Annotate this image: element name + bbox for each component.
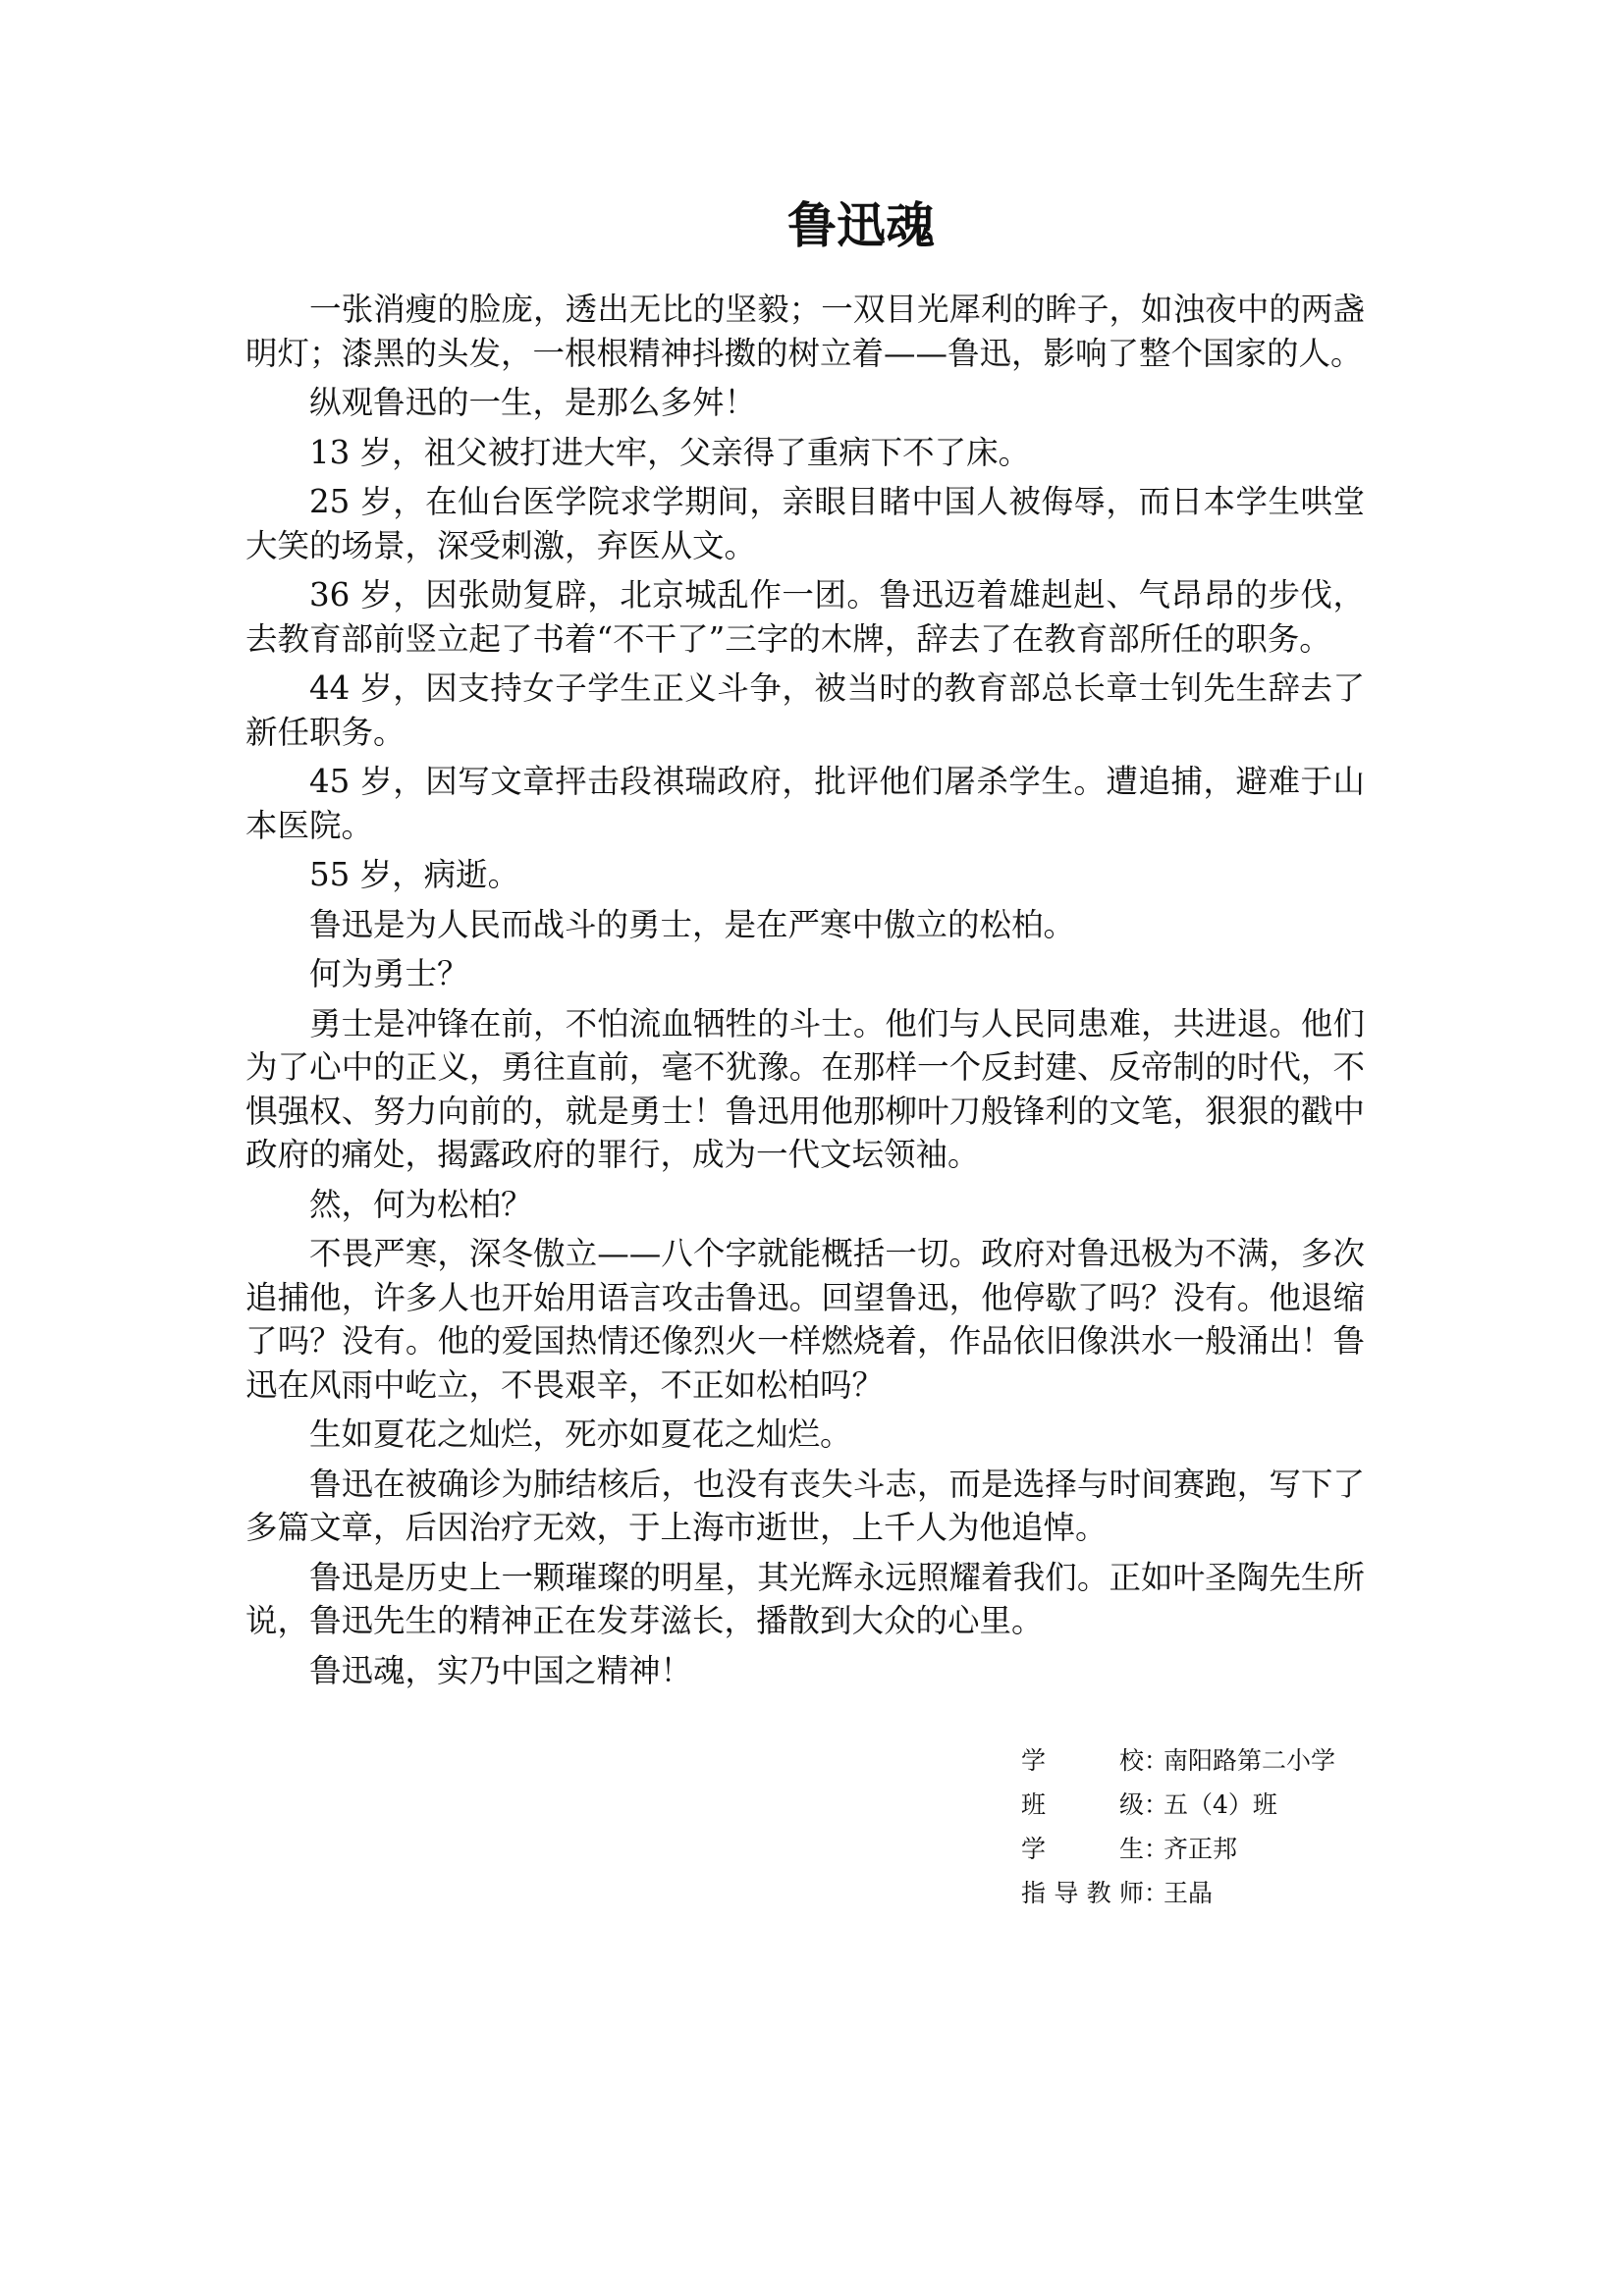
signature-row-student: 学生 ： 齐正邦 xyxy=(1021,1827,1335,1871)
signature-row-school: 学校 ： 南阳路第二小学 xyxy=(1021,1738,1335,1783)
paragraph: 36 岁，因张勋复辟，北京城乱作一团。鲁迅迈着雄赳赳、气昂昂的步伐，去教育部前竖… xyxy=(245,573,1365,661)
paragraph: 一张消瘦的脸庞，透出无比的坚毅；一双目光犀利的眸子，如浊夜中的两盏明灯；漆黑的头… xyxy=(245,288,1365,375)
document-title: 鲁迅魂 xyxy=(0,194,1624,257)
teacher-value: 王晶 xyxy=(1164,1871,1213,1915)
paragraph: 然，何为松柏？ xyxy=(245,1183,1365,1227)
paragraph: 鲁迅是为人民而战斗的勇士，是在严寒中傲立的松柏。 xyxy=(245,903,1365,947)
paragraph: 勇士是冲锋在前，不怕流血牺牲的斗士。他们与人民同患难，共进退。他们为了心中的正义… xyxy=(245,1002,1365,1177)
signature-row-teacher: 指导教师 ： 王晶 xyxy=(1021,1871,1335,1915)
class-label: 班级 xyxy=(1021,1783,1144,1827)
signature-block: 学校 ： 南阳路第二小学 班级 ： 五（4）班 学生 ： 齐正邦 指导教师 ： … xyxy=(1021,1738,1335,1915)
paragraph: 不畏严寒，深冬傲立——八个字就能概括一切。政府对鲁迅极为不满，多次追捕他，许多人… xyxy=(245,1232,1365,1407)
paragraph: 鲁迅是历史上一颗璀璨的明星，其光辉永远照耀着我们。正如叶圣陶先生所说，鲁迅先生的… xyxy=(245,1556,1365,1643)
paragraph: 生如夏花之灿烂，死亦如夏花之灿烂。 xyxy=(245,1413,1365,1457)
essay-body: 一张消瘦的脸庞，透出无比的坚毅；一双目光犀利的眸子，如浊夜中的两盏明灯；漆黑的头… xyxy=(245,288,1365,1698)
paragraph: 纵观鲁迅的一生，是那么多舛！ xyxy=(245,381,1365,425)
document-page: 鲁迅魂 一张消瘦的脸庞，透出无比的坚毅；一双目光犀利的眸子，如浊夜中的两盏明灯；… xyxy=(0,0,1624,2296)
student-value: 齐正邦 xyxy=(1164,1827,1237,1871)
paragraph: 鲁迅魂，实乃中国之精神！ xyxy=(245,1649,1365,1693)
colon: ： xyxy=(1144,1738,1164,1783)
school-label: 学校 xyxy=(1021,1738,1144,1783)
colon: ： xyxy=(1144,1871,1164,1915)
colon: ： xyxy=(1144,1783,1164,1827)
teacher-label: 指导教师 xyxy=(1021,1871,1144,1915)
paragraph: 鲁迅在被确诊为肺结核后，也没有丧失斗志，而是选择与时间赛跑，写下了多篇文章，后因… xyxy=(245,1463,1365,1550)
colon: ： xyxy=(1144,1827,1164,1871)
paragraph: 25 岁，在仙台医学院求学期间，亲眼目睹中国人被侮辱，而日本学生哄堂大笑的场景，… xyxy=(245,480,1365,567)
paragraph: 13 岁，祖父被打进大牢，父亲得了重病下不了床。 xyxy=(245,431,1365,475)
student-label: 学生 xyxy=(1021,1827,1144,1871)
paragraph: 55 岁，病逝。 xyxy=(245,853,1365,897)
paragraph: 44 岁，因支持女子学生正义斗争，被当时的教育部总长章士钊先生辞去了新任职务。 xyxy=(245,667,1365,754)
school-value: 南阳路第二小学 xyxy=(1164,1738,1335,1783)
class-value: 五（4）班 xyxy=(1164,1783,1277,1827)
signature-row-class: 班级 ： 五（4）班 xyxy=(1021,1783,1335,1827)
paragraph: 何为勇士？ xyxy=(245,952,1365,996)
paragraph: 45 岁，因写文章抨击段祺瑞政府，批评他们屠杀学生。遭追捕，避难于山本医院。 xyxy=(245,760,1365,847)
